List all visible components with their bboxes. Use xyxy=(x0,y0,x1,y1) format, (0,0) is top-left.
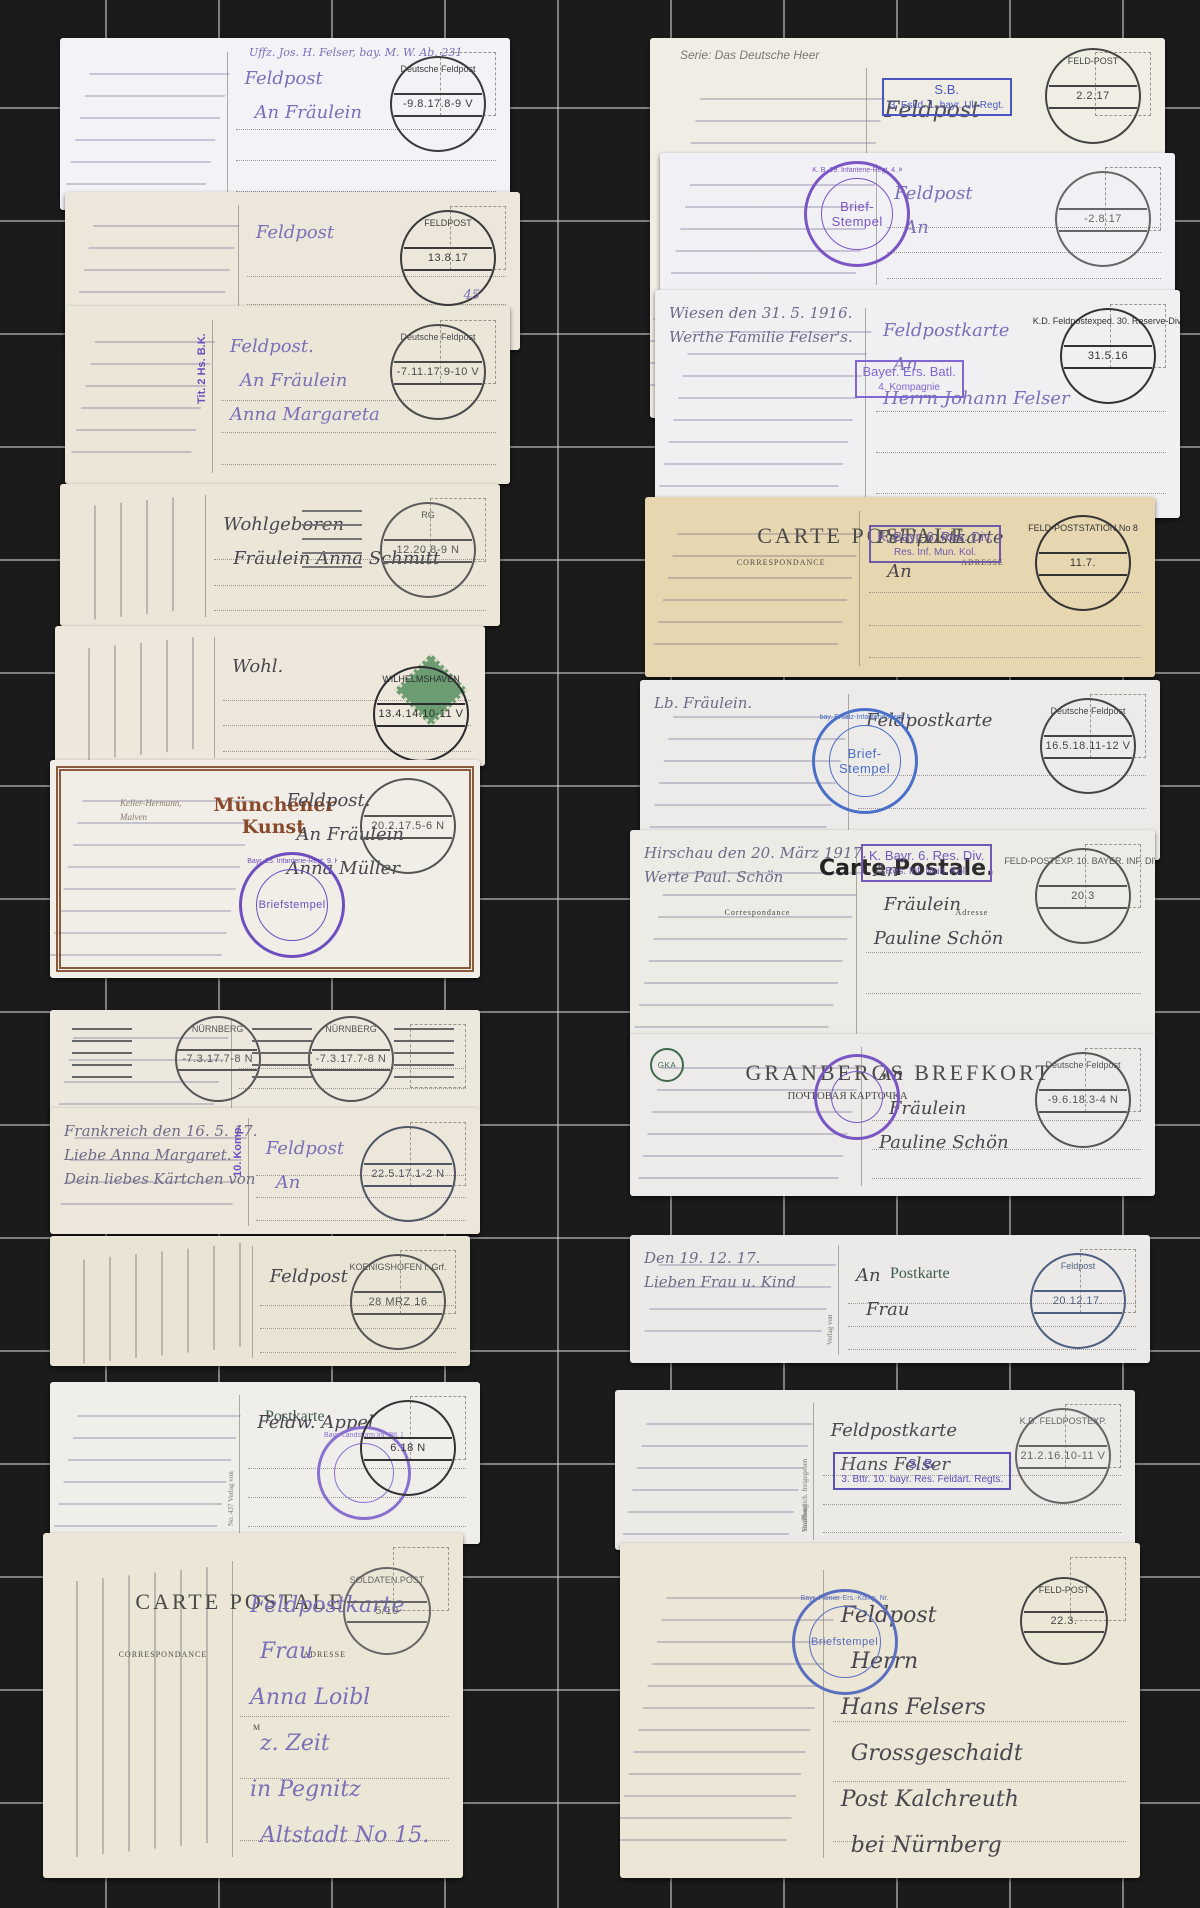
postcard: Den 19. 12. 17.Lieben Frau u. KindPostka… xyxy=(630,1235,1150,1363)
postmark-ring-text: SOLDATEN.POST xyxy=(350,1575,425,1585)
postcard: FeldpostAn FräuleinDeutsche Feldpost-9.8… xyxy=(60,38,510,210)
machine-cancel-bar xyxy=(394,1064,454,1066)
stamp-ring-text: Bayr. Pionier-Ers.-Komp. Nr. xyxy=(800,1595,890,1602)
postmark-cancel: 22.5.17.1-2 N xyxy=(360,1126,456,1222)
sender-note: Uffz. Jos. H. Felser, bay. M. W. Ab. 231 xyxy=(249,46,462,59)
postmark-date: -7.11.17.9-10 V xyxy=(397,366,480,378)
postmark-date: 16.5.18.11-12 V xyxy=(1046,740,1131,752)
handwritten-address-line: Feldpost. xyxy=(230,336,314,357)
address-line xyxy=(866,993,1141,994)
handwritten-address-line: Feldpostkarte xyxy=(831,1420,957,1441)
machine-cancel-bar xyxy=(252,1040,312,1042)
postcard: NÜRNBERG-7.3.17.7-8 NNÜRNBERG-7.3.17.7-8… xyxy=(50,1010,480,1120)
address-line xyxy=(876,411,1167,412)
handwritten-message-line: Dein liebes Kärtchen von xyxy=(64,1170,255,1188)
publisher-imprint: Verlag von xyxy=(826,1314,834,1345)
handwritten-message-line: Werthe Familie Felser's. xyxy=(669,328,853,346)
postcard: FeldpostAnK. B. 19. Infanterie-Regt. 4. … xyxy=(660,153,1175,293)
handwritten-address-line: in Pegnitz xyxy=(250,1777,361,1802)
handwritten-address-line: Feldpost xyxy=(270,1266,348,1287)
postmark-ring-text: K.D. FELDPOSTEXP. xyxy=(1020,1416,1107,1426)
handwritten-message-area xyxy=(63,59,232,197)
postcard: PostkarteFeldw. AppelBayr. Landsturm Inf… xyxy=(50,1382,480,1544)
handwritten-address-line: Post Kalchreuth xyxy=(841,1787,1019,1812)
vertical-unit-stamp: Tit. 2 Hs. B.K. xyxy=(196,333,208,404)
address-line xyxy=(823,1532,1121,1533)
handwritten-address-line: Feldpostkarte xyxy=(883,320,1009,341)
card-divider-line xyxy=(813,1403,814,1541)
handwritten-address-line: bei Nürnberg xyxy=(851,1833,1002,1858)
postmark-cancel: FELDPOST13.8.17 xyxy=(400,210,496,306)
postmark-cancel: Deutsche Feldpost-9.6.18.3-4 N xyxy=(1035,1052,1131,1148)
publisher-monogram-logo: GKA xyxy=(650,1048,684,1082)
machine-cancel-bar xyxy=(252,1076,312,1078)
handwritten-message-line: Den 19. 12. 17. xyxy=(644,1249,760,1267)
postmark-ring-text: Deutsche Feldpost xyxy=(400,332,475,342)
postmark-cancel: Feldpost20.12.17. xyxy=(1030,1253,1126,1349)
vertical-unit-stamp: 10. Komp. xyxy=(232,1125,244,1178)
handwritten-address-line: An xyxy=(856,1265,881,1286)
card-divider-line xyxy=(214,637,215,757)
postmark-date: 21.2.16.10-11 V xyxy=(1021,1450,1106,1462)
machine-cancel-bar xyxy=(302,538,362,540)
handwritten-address-line: Grossgeschaidt xyxy=(851,1741,1023,1766)
machine-cancel-bar xyxy=(302,524,362,526)
handwritten-address-line: Hans Felsers xyxy=(841,1695,986,1720)
handwritten-address-line: An Fräulein xyxy=(255,102,363,123)
postmark-date: 11.7. xyxy=(1070,557,1096,569)
postmark-cancel: Deutsche Feldpost-7.11.17.9-10 V xyxy=(390,324,486,420)
postcard: WohlgeborenFräulein Anna SchmittRG12.20.… xyxy=(60,484,500,626)
unit-briefstempel: Bayr. 25. Infanterie-Regt. 9. Komp.Brief… xyxy=(239,852,345,958)
address-line xyxy=(221,432,496,433)
box-stamp-line: 4. Kompagnie xyxy=(863,381,956,394)
postmark-date: 5/10 xyxy=(375,1605,398,1617)
postcard: Frankreich den 16. 5. 17.Liebe Anna Marg… xyxy=(50,1108,480,1234)
address-line xyxy=(260,1352,456,1353)
handwritten-message-area xyxy=(72,636,205,762)
postcard: GRANBERGS BREFKORTПОЧТОВАЯ КАРТОЧКАAnFrä… xyxy=(630,1034,1155,1196)
handwritten-address-line: Feldpost xyxy=(266,1138,344,1159)
postmark-date: -9.6.18.3-4 N xyxy=(1048,1094,1119,1106)
postmark-cancel: NÜRNBERG-7.3.17.7-8 N xyxy=(175,1016,261,1102)
machine-cancel-bar xyxy=(394,1052,454,1054)
machine-cancel-bar xyxy=(72,1040,132,1042)
postmark-ring-text: KOENIGSHOFEN i. Grf. xyxy=(350,1262,447,1272)
postmark-cancel: SOLDATEN.POST5/10 xyxy=(343,1567,431,1655)
postmark-cancel: FELD-POSTSTATION No 811.7. xyxy=(1035,515,1131,611)
unit-box-stamp: S. B.3. Bttr. 10. bayr. Res. Feldart. Re… xyxy=(833,1452,1011,1490)
postmark-cancel: Deutsche Feldpost16.5.18.11-12 V xyxy=(1040,698,1136,794)
handwritten-message-line: Frankreich den 16. 5. 17. xyxy=(64,1122,257,1140)
box-stamp-line: K. Bayr. 6. Res. Div. xyxy=(877,529,992,546)
postmark-date: -2.8.17 xyxy=(1084,213,1122,225)
handwritten-address-line: Anna Margareta xyxy=(230,404,380,425)
postcard: CARTE POSTALECORRESPONDANCEADRESSEFeldpo… xyxy=(645,497,1155,677)
handwritten-message-area xyxy=(78,495,197,621)
publisher-imprint: Veröffentlich. freigegeben xyxy=(801,1459,809,1532)
address-line xyxy=(866,952,1141,953)
printed-series-caption: Serie: Das Deutsche Heer xyxy=(680,48,819,62)
postmark-ring-text: NÜRNBERG xyxy=(192,1024,244,1034)
postmark-ring-text: Deutsche Feldpost xyxy=(400,64,475,74)
address-line xyxy=(876,493,1167,494)
handwritten-address-line: An Fräulein xyxy=(240,370,348,391)
card-divider-line xyxy=(205,495,206,617)
box-stamp-line: Bayer. Ers. Batl. xyxy=(863,364,956,381)
address-line xyxy=(869,625,1141,626)
unit-briefstempel xyxy=(814,1054,900,1140)
postmark-date: 20.2.17.5-6 N xyxy=(371,820,444,832)
handwritten-address-line: Frau xyxy=(866,1299,909,1320)
postmark-cancel: -2.8.17 xyxy=(1055,171,1151,267)
postmark-ring-text: RG xyxy=(421,510,435,520)
unit-box-stamp: K. Bayr. 6. Res. Div.Res. Inf. Mun. Kol. xyxy=(861,844,992,882)
publisher-imprint: No. 437 Verlag von xyxy=(227,1471,235,1526)
handwritten-address-line: Feldpost xyxy=(245,68,323,89)
address-line xyxy=(221,464,496,465)
machine-cancel-bar xyxy=(302,552,362,554)
postcard: Wiesen den 31. 5. 1916.Werthe Familie Fe… xyxy=(655,290,1180,518)
machine-cancel-bar xyxy=(394,1040,454,1042)
card-divider-line xyxy=(212,320,213,473)
postmark-cancel: Deutsche Feldpost-9.8.17.8-9 V xyxy=(390,56,486,152)
printed-label: Correspondance xyxy=(725,908,791,917)
postmark-date: 12.20.8-9 N xyxy=(397,544,460,556)
postmark-date: 31.5.16 xyxy=(1088,350,1128,362)
handwritten-address-line: An xyxy=(887,561,912,582)
address-line xyxy=(214,610,486,611)
postmark-ring-text: FELDPOST xyxy=(424,218,472,228)
postmark-cancel: K.D. FELDPOSTEXP.21.2.16.10-11 V xyxy=(1015,1408,1111,1504)
handwritten-message-line: Wiesen den 31. 5. 1916. xyxy=(669,304,852,322)
postmark-ring-text: FELD-POST xyxy=(1068,56,1119,66)
unit-box-stamp: K. Bayr. 6. Res. Div.Res. Inf. Mun. Kol. xyxy=(869,525,1000,563)
unit-briefstempel: bay. Ersatz-Infanterie-Regt. Nr. 1 - II.… xyxy=(812,708,918,814)
printed-card-title: Postkarte xyxy=(890,1265,950,1283)
box-stamp-line: K. Bayr. 6. Res. Div. xyxy=(869,848,984,865)
handwritten-message-area xyxy=(67,1242,243,1365)
postcard: FeldpostKOENIGSHOFEN i. Grf.28 MRZ 16 xyxy=(50,1236,470,1366)
postmark-cancel: 6.18 N xyxy=(360,1400,456,1496)
postmark-date: 22.5.17.1-2 N xyxy=(371,1168,444,1180)
postmark-date: -7.3.17.7-8 N xyxy=(316,1053,387,1065)
postmark-cancel: WILHELMSHAVEN13.4.14.10-11 V xyxy=(373,666,469,762)
handwritten-address-line: Fräulein xyxy=(884,894,961,915)
address-line xyxy=(236,160,497,161)
handwritten-address-line: Frau xyxy=(260,1639,313,1664)
address-line xyxy=(876,452,1167,453)
postmark-cancel: FELD-POST22.3. xyxy=(1020,1577,1108,1665)
box-stamp-line: 3. Eskd. 1. bayr. Ul.-Regt. xyxy=(890,99,1004,112)
postmark-cancel: KOENIGSHOFEN i. Grf.28 MRZ 16 xyxy=(350,1254,446,1350)
postmark-date: 13.4.14.10-11 V xyxy=(379,708,464,720)
unit-briefstempel: Bayr. Pionier-Ers.-Komp. Nr.Briefstempel xyxy=(792,1589,898,1695)
postcard: FeldpostHerrnHans FelsersGrossgeschaidtP… xyxy=(620,1543,1140,1878)
postmark-date: 6.18 N xyxy=(390,1442,425,1454)
address-line xyxy=(833,1721,1126,1722)
handwritten-address-line: Fräulein xyxy=(889,1098,966,1119)
postmark-date: 20.12.17. xyxy=(1053,1295,1103,1307)
postmark-ring-text: Deutsche Feldpost xyxy=(1050,706,1125,716)
left-postcard-column: FeldpostAn FräuleinDeutsche Feldpost-9.8… xyxy=(45,0,605,1908)
machine-cancel-bar xyxy=(394,1028,454,1030)
machine-cancel-bar xyxy=(252,1028,312,1030)
address-line xyxy=(248,1526,466,1527)
address-line xyxy=(833,1781,1126,1782)
postmark-cancel: FELD-POSTEXP. 10. BAYER. INF. DIV.20.3 xyxy=(1035,848,1131,944)
handwritten-address-line: Wohl. xyxy=(232,656,283,677)
stamp-ring-text: Bayr. 25. Infanterie-Regt. 9. Komp. xyxy=(247,858,337,865)
postcard: Feldpost.An FräuleinAnna MargaretaDeutsc… xyxy=(65,306,510,484)
box-stamp-line: Res. Inf. Mun. Kol. xyxy=(877,546,992,559)
postmark-date: 13.8.17 xyxy=(428,252,468,264)
handwritten-address-line: Anna Loibl xyxy=(250,1685,370,1710)
handwritten-message-area xyxy=(622,1409,816,1537)
postmark-ring-text: NÜRNBERG xyxy=(325,1024,377,1034)
handwritten-address-line: An xyxy=(276,1172,301,1193)
postmark-cancel: 20.2.17.5-6 N xyxy=(360,778,456,874)
machine-cancel-bar xyxy=(252,1052,312,1054)
handwritten-message-line: Werte Paul. Schön xyxy=(644,868,783,886)
card-divider-line xyxy=(865,308,866,504)
handwritten-message-line: Lieben Frau u. Kind xyxy=(644,1273,796,1291)
postmark-date: 22.3. xyxy=(1051,1615,1078,1627)
stamp-ring-text: bay. Ersatz-Infanterie-Regt. Nr. 1 - II.… xyxy=(820,714,910,721)
address-line xyxy=(887,278,1161,279)
handwritten-address-line: Pauline Schön xyxy=(879,1132,1009,1153)
postmark-ring-text: Feldpost xyxy=(1061,1261,1096,1271)
unit-briefstempel: K. B. 19. Infanterie-Regt. 4. KompagnieB… xyxy=(804,161,910,267)
unit-box-stamp: S.B.3. Eskd. 1. bayr. Ul.-Regt. xyxy=(882,78,1012,116)
unit-box-stamp: Bayer. Ers. Batl.4. Kompagnie xyxy=(855,360,964,398)
machine-cancel-bar xyxy=(252,1064,312,1066)
postmark-ring-text: FELD-POSTEXP. 10. BAYER. INF. DIV. xyxy=(1004,856,1155,866)
machine-cancel-bar xyxy=(302,566,362,568)
postcard: Münchener KunstKeller-Hermann,MalvenFeld… xyxy=(50,760,480,978)
postmark-ring-text: K.D. Feldpostexped. 30. Reserve-Div. xyxy=(1033,316,1180,326)
handwritten-message-area xyxy=(53,1401,244,1531)
postcard: Hirschau den 20. März 1917.Werte Paul. S… xyxy=(630,830,1155,1060)
postmark-cancel: NÜRNBERG-7.3.17.7-8 N xyxy=(308,1016,394,1102)
handwritten-message-line: Lb. Fräulein. xyxy=(654,694,752,712)
handwritten-address-line: Altstadt No 15. xyxy=(260,1823,429,1848)
handwritten-address-line: z. Zeit xyxy=(260,1731,330,1756)
stamp-placeholder-box xyxy=(410,1024,466,1088)
postmark-ring-text: FELD-POSTSTATION No 8 xyxy=(1028,523,1138,533)
address-line xyxy=(869,657,1141,658)
address-line xyxy=(823,1504,1121,1505)
handwritten-message-line: Liebe Anna Margaret. xyxy=(64,1146,232,1164)
box-stamp-line: Res. Inf. Mun. Kol. xyxy=(869,865,984,878)
postmark-cancel: RG12.20.8-9 N xyxy=(380,502,476,598)
handwritten-address-line: Feldpost. xyxy=(287,790,371,811)
card-divider-line xyxy=(838,1245,839,1355)
postmark-date: 28 MRZ 16 xyxy=(369,1296,428,1308)
card-divider-line xyxy=(252,1246,253,1358)
printed-label: CORRESPONDANCE xyxy=(737,558,826,567)
box-stamp-line: S.B. xyxy=(890,82,1004,99)
address-line xyxy=(858,808,1146,809)
right-postcard-column: Serie: Das Deutsche HeerFeldpostS.B.3. E… xyxy=(610,0,1170,1908)
postmark-cancel: FELD-POST2.2.17 xyxy=(1045,48,1141,144)
address-line xyxy=(872,1178,1142,1179)
handwritten-address-line: Feldpost xyxy=(256,222,334,243)
machine-cancel-bar xyxy=(72,1052,132,1054)
printed-label: CORRESPONDANCE xyxy=(119,1650,208,1659)
postmark-cancel: K.D. Feldpostexped. 30. Reserve-Div.31.5… xyxy=(1060,308,1156,404)
address-line xyxy=(848,1349,1136,1350)
postmark-ring-text: FELD-POST xyxy=(1039,1585,1090,1595)
card-divider-line xyxy=(227,52,228,200)
postmark-date: -7.3.17.7-8 N xyxy=(182,1053,253,1065)
stamp-area-note: 45 xyxy=(463,288,480,303)
address-line xyxy=(256,1220,466,1221)
postcard: Wohl.WILHELMSHAVEN13.4.14.10-11 V xyxy=(55,626,485,766)
address-line xyxy=(240,1716,449,1717)
box-stamp-line: S. B. xyxy=(841,1456,1003,1473)
machine-cancel-bar xyxy=(394,1076,454,1078)
machine-cancel-bar xyxy=(72,1064,132,1066)
stamp-ring-text: K. B. 19. Infanterie-Regt. 4. Kompagnie xyxy=(812,167,902,174)
box-stamp-line: 3. Bttr. 10. bayr. Res. Feldart. Regts. xyxy=(841,1473,1003,1486)
machine-cancel-bar xyxy=(72,1076,132,1078)
card-divider-line xyxy=(239,1395,240,1534)
postmark-date: -9.8.17.8-9 V xyxy=(403,98,473,110)
postmark-ring-text: Deutsche Feldpost xyxy=(1045,1060,1120,1070)
machine-cancel-bar xyxy=(302,510,362,512)
postcard: CARTE POSTALECORRESPONDANCEADRESSEMFeldp… xyxy=(43,1533,463,1878)
machine-cancel-bar xyxy=(72,1028,132,1030)
postmark-date: 20.3 xyxy=(1071,890,1094,902)
postcard: FeldpostkarteHans FelserS. B.3. Bttr. 10… xyxy=(615,1390,1135,1550)
handwritten-address-line: Pauline Schön xyxy=(874,928,1004,949)
postmark-date: 2.2.17 xyxy=(1076,90,1110,102)
postmark-ring-text: WILHELMSHAVEN xyxy=(382,674,459,684)
